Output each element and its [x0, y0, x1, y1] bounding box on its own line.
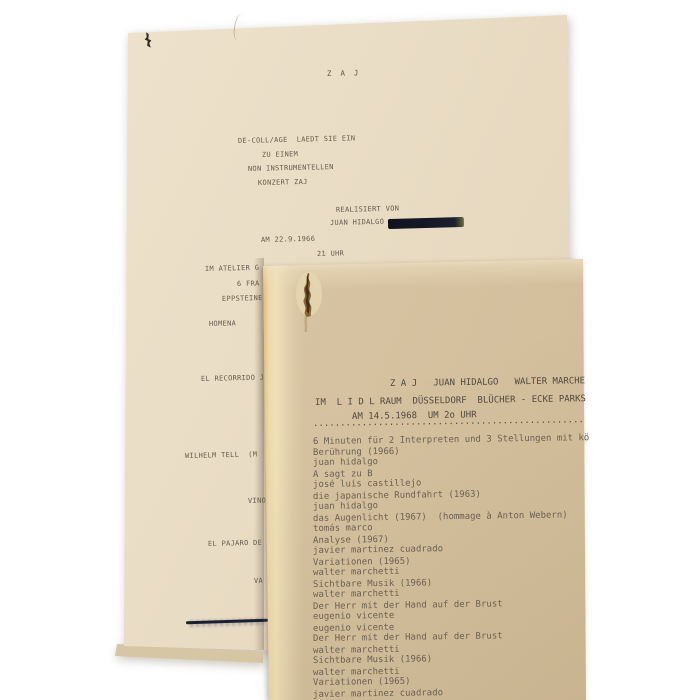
program-entry: walter marchettiSichtbare Musik (1966): [313, 646, 593, 667]
front-document: Z A J JUAN HIDALGO WALTER MARCHEIM L I D…: [0, 0, 700, 700]
program-entry: walter marchettiVariationen (1965): [313, 668, 593, 689]
program-entry: die japanische Rundfahrt (1963)juan hida…: [313, 492, 593, 513]
typewritten-header-line: IM L I D L RAUM DÜSSELDORF BLÜCHER - ECK…: [315, 394, 586, 408]
photograph-of-documents: { "back_page": { "lines": [ {"text": "Z …: [0, 0, 700, 700]
typewritten-header-line: Z A J JUAN HIDALGO WALTER MARCHE: [390, 376, 585, 389]
program-entry: Der Herr mit der Hand auf der Brusteugen…: [313, 602, 593, 623]
program-entry: Variationen (1965)walter marchetti: [313, 558, 593, 579]
program-list: 6 Minuten für 2 Interpreten und 3 Stellu…: [313, 437, 593, 700]
program-entry: eugenio vicenteDer Herr mit der Hand auf…: [313, 624, 593, 645]
program-entry: Sichtbare Musik (1966)walter marchetti: [313, 580, 593, 601]
program-entry: 6 Minuten für 2 Interpreten und 3 Stellu…: [313, 437, 593, 469]
program-entry: das Augenlicht (1967) (hommage à Anton W…: [313, 514, 593, 535]
program-entry: A sagt zu Bjosé luis castillejo: [313, 470, 593, 491]
program-entry: Analyse (1967)javier martinez cuadrado: [313, 536, 593, 557]
program-entry: javier martinez cuadrado: [313, 690, 593, 700]
